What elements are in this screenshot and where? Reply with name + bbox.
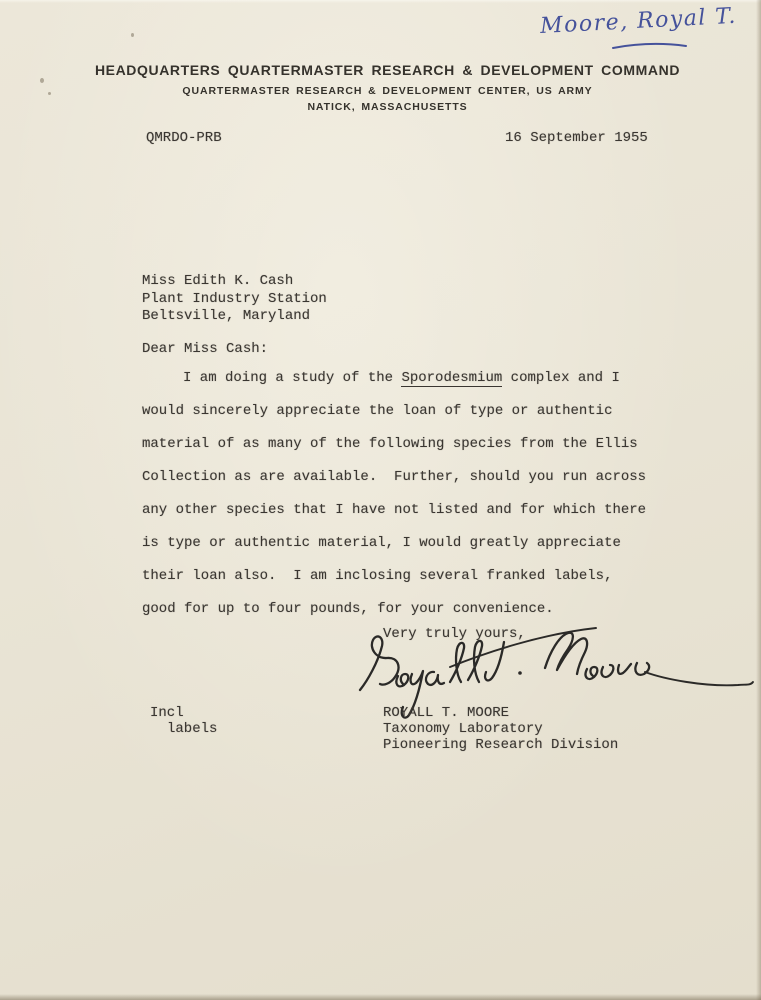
- enclosure-item: labels: [167, 721, 217, 737]
- page-edge-shadow-bottom: [0, 994, 761, 1000]
- signer-title: Taxonomy Laboratory: [383, 721, 618, 737]
- handwritten-annotation: Moore, Royal T.: [540, 2, 761, 39]
- body-line-7: their loan also. I am inclosing several …: [142, 568, 612, 584]
- enclosure-label: Incl: [150, 705, 184, 721]
- body-line-8: good for up to four pounds, for your con…: [142, 601, 554, 617]
- page-edge-shadow-right: [756, 0, 761, 1000]
- signer-division: Pioneering Research Division: [383, 737, 618, 753]
- body-line-1-pre: I am doing a study of the: [183, 370, 401, 386]
- body-line-3: material of as many of the following spe…: [142, 436, 638, 452]
- letterhead-command-line: HEADQUARTERS QUARTERMASTER RESEARCH & DE…: [7, 62, 761, 78]
- recipient-organization: Plant Industry Station: [142, 291, 327, 309]
- letterhead-location-line: NATICK, MASSACHUSETTS: [7, 101, 761, 113]
- body-line-6: is type or authentic material, I would g…: [142, 535, 621, 551]
- signer-name: ROYALL T. MOORE: [383, 705, 618, 721]
- paper-speck: [131, 33, 134, 37]
- date: 16 September 1955: [505, 130, 648, 146]
- body-line-2: would sincerely appreciate the loan of t…: [142, 403, 612, 419]
- reference-number: QMRDO-PRB: [146, 130, 222, 146]
- recipient-address: Miss Edith K. Cash Plant Industry Statio…: [142, 273, 327, 326]
- annotation-underline: [610, 38, 690, 52]
- recipient-city: Beltsville, Maryland: [142, 308, 327, 326]
- letter-page: Moore, Royal T. HEADQUARTERS QUARTERMAST…: [0, 0, 761, 1000]
- body-line-5: any other species that I have not listed…: [142, 502, 646, 518]
- body-line-4: Collection as are available. Further, sh…: [142, 469, 646, 485]
- page-edge-highlight: [0, 0, 761, 3]
- signature-block: ROYALL T. MOORE Taxonomy Laboratory Pion…: [383, 705, 618, 753]
- salutation: Dear Miss Cash:: [142, 341, 268, 357]
- body-line-1-post: complex and I: [502, 370, 620, 386]
- recipient-name: Miss Edith K. Cash: [142, 273, 327, 291]
- body-line-1: I am doing a study of the Sporodesmium c…: [142, 370, 620, 386]
- letterhead-center-line: QUARTERMASTER RESEARCH & DEVELOPMENT CEN…: [7, 85, 761, 97]
- sporodesmium-underlined: Sporodesmium: [401, 370, 502, 387]
- paper-speck: [40, 78, 44, 83]
